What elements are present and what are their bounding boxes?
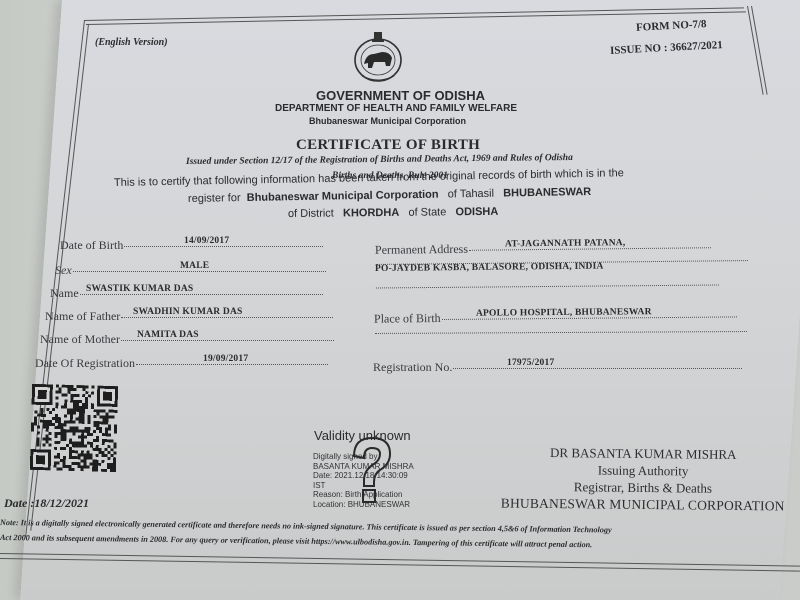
field-value: NAMITA DAS [137, 330, 199, 340]
certificate: (English Version) FORM NO-7/8 ISSUE NO :… [0, 0, 800, 600]
district-label: of District [288, 208, 334, 220]
state-value: ODISHA [455, 206, 498, 218]
field-label: Name [50, 286, 79, 301]
field-sex: Sex MALE [55, 263, 327, 278]
certificate-title: CERTIFICATE OF BIRTH [296, 137, 480, 154]
border-line [747, 6, 764, 95]
issuing-authority: DR BASANTA KUMAR MISHRA Issuing Authorit… [483, 443, 800, 514]
field-value: 17975/2017 [507, 358, 554, 368]
department-heading: DEPARTMENT OF HEALTH AND FAMILY WELFARE [275, 103, 517, 114]
field-label: Name of Father [45, 309, 120, 324]
field-permanent-address: Permanent Address AT-JAGANNATH PATANA, [375, 239, 712, 258]
tahasil-value: BHUBANESWAR [503, 186, 591, 200]
field-value: SWADHIN KUMAR DAS [133, 307, 243, 317]
field-mother-name: Name of Mother NAMITA DAS [40, 332, 335, 347]
odisha-state-emblem-icon [352, 30, 404, 84]
field-label: Date Of Registration [35, 356, 135, 371]
register-label: register for [188, 192, 241, 205]
register-value: Bhubaneswar Municipal Corporation [247, 189, 439, 204]
corporation-heading: Bhubaneswar Municipal Corporation [309, 116, 466, 126]
government-heading: GOVERNMENT OF ODISHA [316, 88, 485, 103]
form-number: FORM NO-7/8 [636, 18, 707, 34]
language-version: (English Version) [95, 37, 168, 48]
district-value: KHORDHA [343, 207, 399, 220]
certify-district: of District KHORDHA of State ODISHA [288, 206, 498, 220]
issue-number: ISSUE NO : 36627/2021 [610, 39, 723, 57]
field-value: MALE [180, 261, 209, 271]
field-father-name: Name of Father SWADHIN KUMAR DAS [45, 309, 334, 324]
certify-register: register for Bhubaneswar Municipal Corpo… [188, 186, 591, 205]
field-value: APOLLO HOSPITAL, BHUBANESWAR [476, 307, 652, 319]
field-label: Registration No. [373, 360, 452, 375]
issue-date: Date :18/12/2021 [4, 496, 89, 511]
field-value: AT-JAGANNATH PATANA, [505, 238, 626, 249]
question-mark-icon [340, 430, 400, 510]
field-address-line-2: PO-JAYDEB KASBA, BALASORE, ODISHA, INDIA [375, 262, 749, 278]
field-place-of-birth: Place of Birth APOLLO HOSPITAL, BHUBANES… [374, 308, 738, 326]
field-value: SWASTIK KUMAR DAS [86, 284, 193, 294]
field-value: 14/09/2017 [184, 236, 229, 246]
field-label: Name of Mother [40, 332, 120, 347]
tahasil-label: of Tahasil [448, 188, 494, 201]
note-text-2: Act 2000 and its subsequent amendments i… [0, 533, 592, 549]
field-label: Place of Birth [374, 311, 441, 327]
note-text: Note: It is a digitally signed electroni… [0, 518, 612, 534]
field-label: Sex [55, 263, 72, 278]
field-registration-number: Registration No. 17975/2017 [373, 360, 743, 375]
field-label: Date of Birth [60, 238, 123, 253]
authority-organization: BHUBANESWAR MUNICIPAL CORPORATION [483, 494, 800, 514]
field-place-line-2 [374, 333, 748, 347]
field-name: Name SWASTIK KUMAR DAS [50, 286, 324, 301]
field-value: 19/09/2017 [203, 354, 248, 364]
issued-under-text: Issued under Section 12/17 of the Regist… [186, 153, 573, 167]
field-label: Permanent Address [375, 242, 468, 258]
qr-code-icon [27, 384, 121, 472]
state-label: of State [408, 206, 446, 218]
field-address-line-3 [375, 286, 720, 301]
field-value: PO-JAYDEB KASBA, BALASORE, ODISHA, INDIA [375, 262, 604, 274]
field-date-of-registration: Date Of Registration 19/09/2017 [35, 356, 329, 371]
field-date-of-birth: Date of Birth 14/09/2017 [60, 238, 324, 253]
